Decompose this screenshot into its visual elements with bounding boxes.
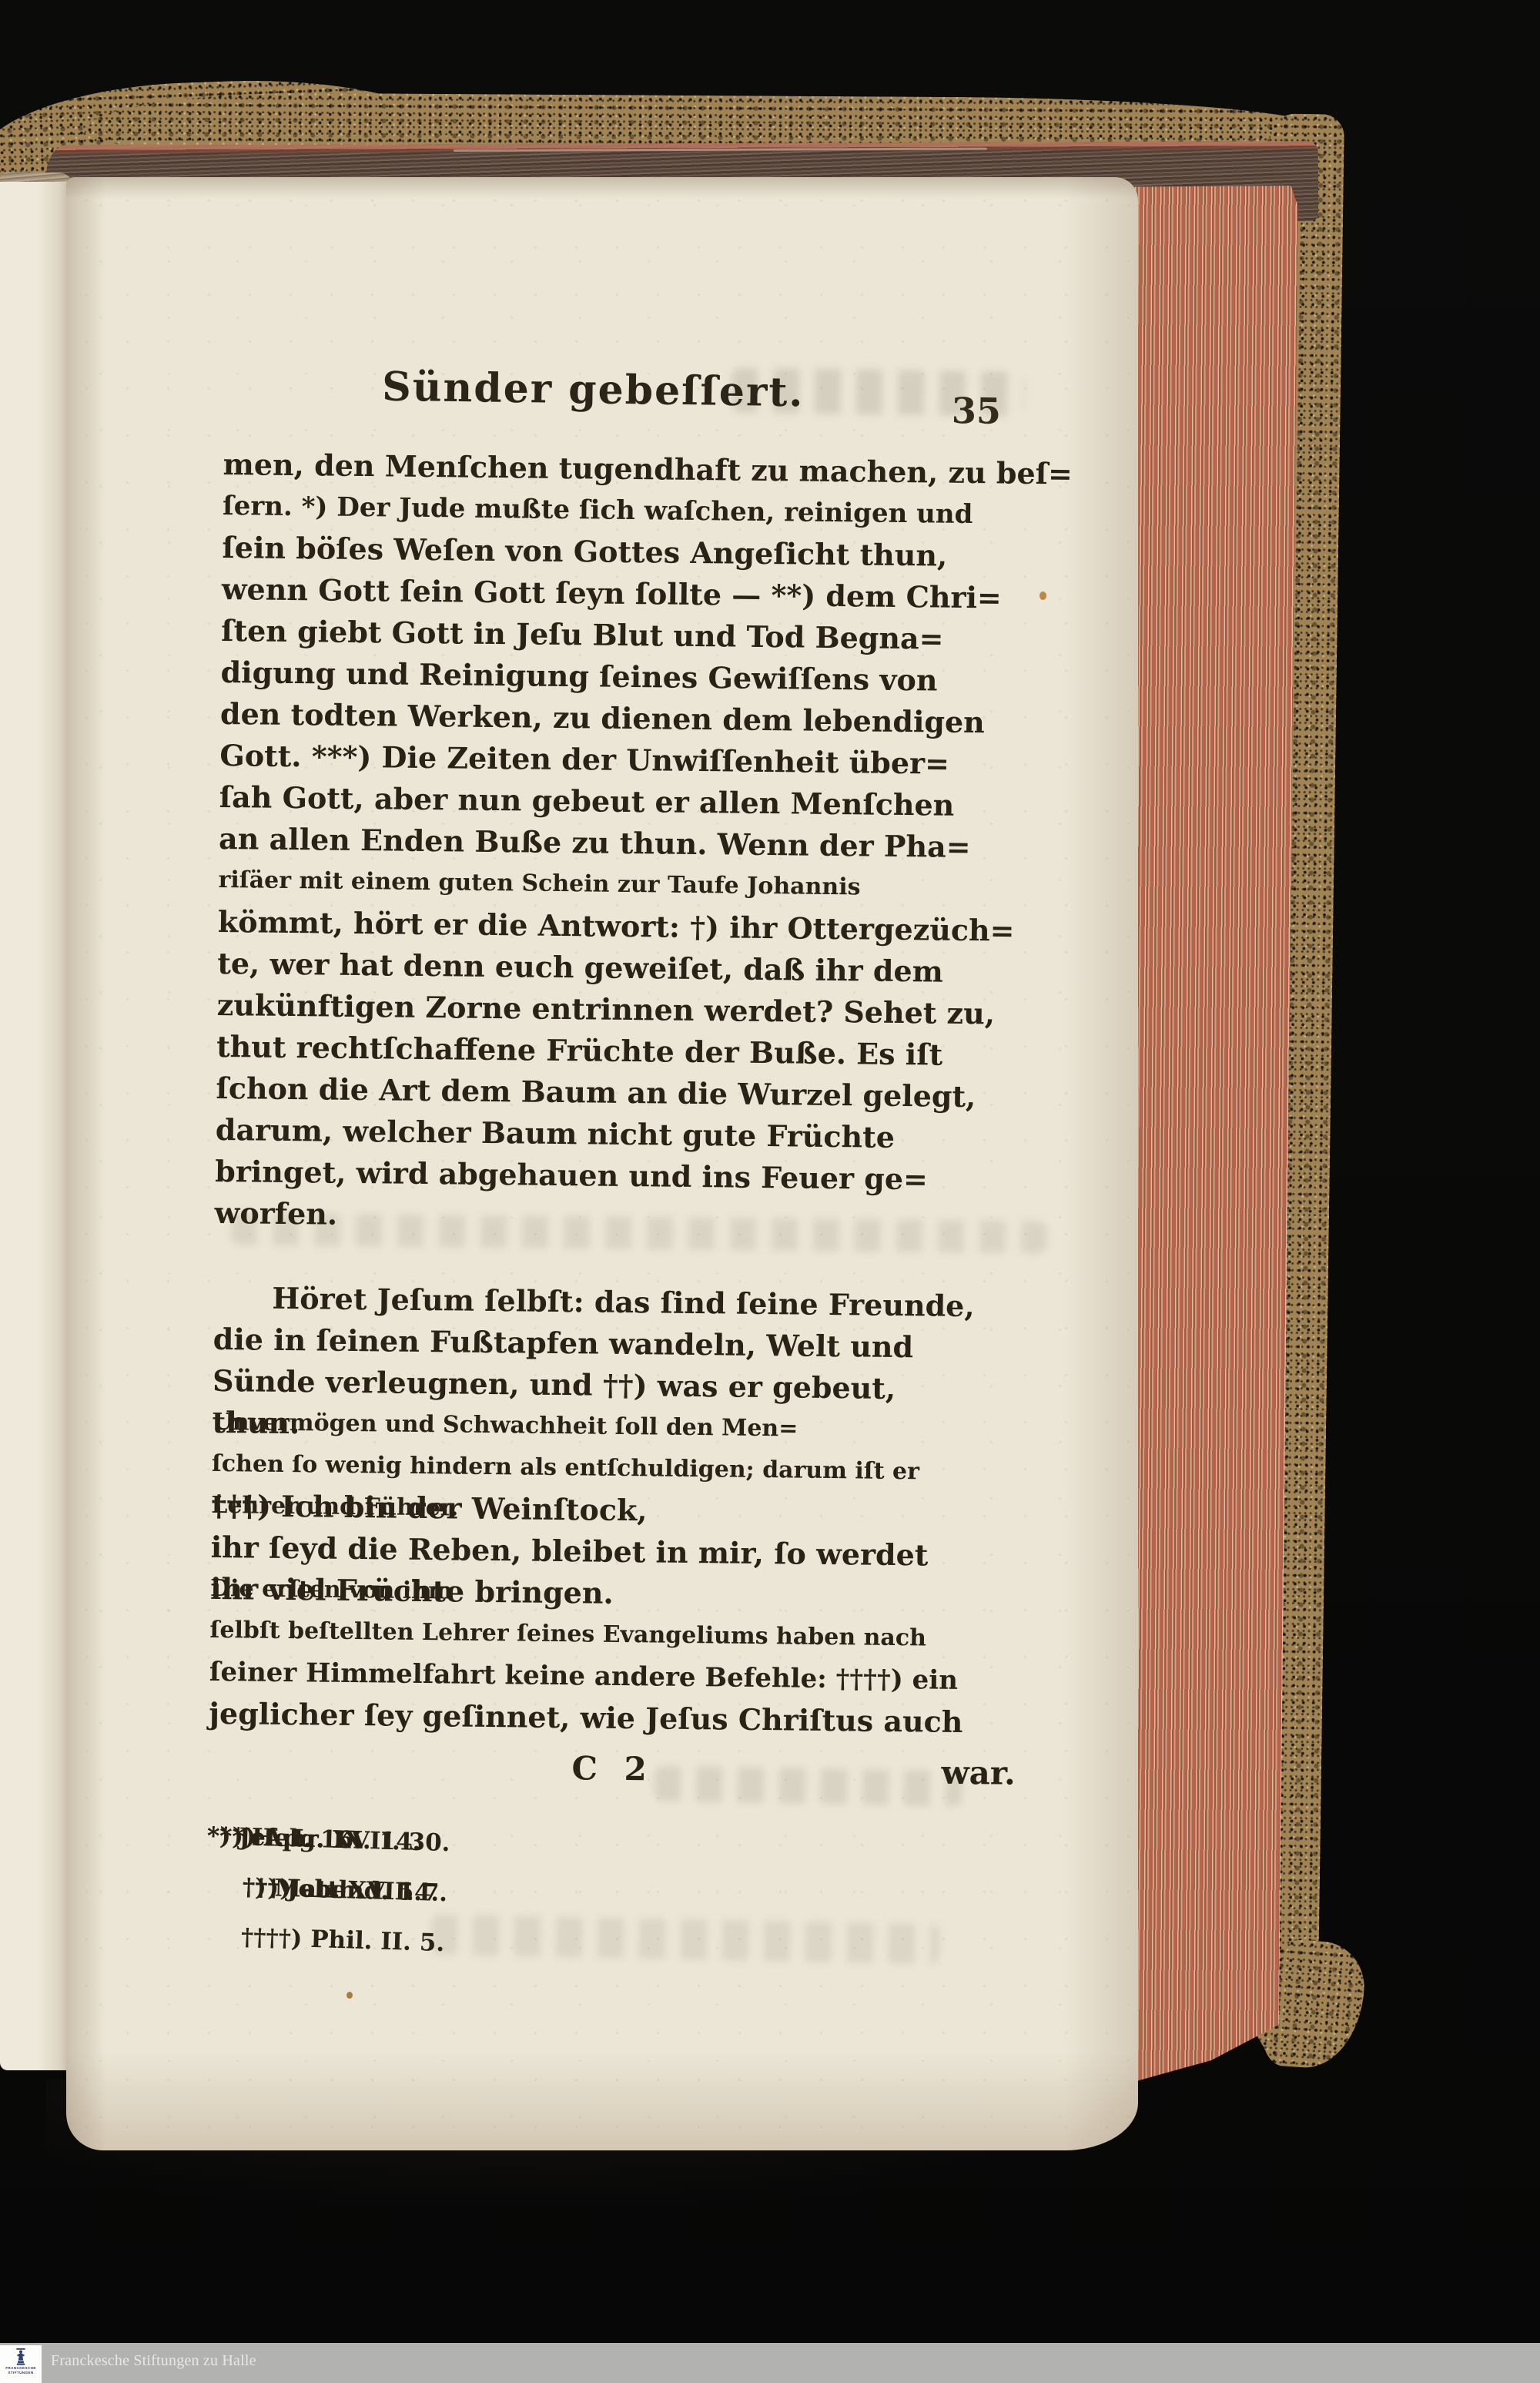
text-line: worfen. [214,1192,1000,1243]
gathering-mark: C 2 [571,1748,654,1790]
page-number: 35 [952,390,1002,432]
logo-caption-line2: STIFTUNGEN [8,2371,33,2375]
text-segment: worfen. [214,1192,337,1235]
running-title: Sünder gebeſſert. [339,363,848,417]
text-segment: †††) Ich bin der Weinſtock, [211,1485,648,1531]
text-segment: Sünde verleugnen, und ††) was er gebeut, [213,1360,896,1409]
institution-label: Franckesche Stiftungen zu Halle [51,2352,256,2370]
page-header: Sünder gebeſſert. 35 [223,361,1024,457]
signature-line: C 2war. [208,1744,994,1795]
monument-icon [11,2348,31,2366]
text-segment: jeglicher ſey geſinnet, wie Jeſus Chriſt… [209,1693,963,1743]
catchword: war. [941,1752,1016,1795]
paper-fleck [1039,592,1046,600]
footnotes-block: *) Jeſ. I. 16.**) Hebr. IX. 14.***) Apg.… [203,1812,993,1985]
footnote-reference: †††) ebend. 5. [242,1862,423,1918]
footnote-reference: ††††) Phil. II. 5. [240,1912,445,1969]
text-segment: darum, welcher Baum nicht gute Früchte [216,1109,896,1158]
watermark-bar: FRANCKESCHE STIFTUNGEN Franckesche Stift… [0,2343,1540,2383]
text-segment: Unvermögen und Schwachheit ſoll den Men= [212,1402,798,1450]
footnote-reference: ***) Apg. XVII. 30. [206,1812,451,1869]
book-scan-background: Sünder gebeſſert. 35 men, den Menſchen t… [0,0,1540,2383]
book-page: Sünder gebeſſert. 35 men, den Menſchen t… [66,177,1138,2150]
text-line: jeglicher ſey geſinnet, wie Jeſus Chriſt… [209,1693,995,1744]
body-text-block: men, den Menſchen tugendhaft zu machen, … [206,444,1009,1970]
paper-fleck [346,1992,353,1999]
franckesche-logo: FRANCKESCHE STIFTUNGEN [0,2345,42,2383]
text-segment: Die erſten von ihm [210,1568,453,1613]
text-segment: riſäer mit einem guten Schein zur Taufe … [218,860,861,908]
